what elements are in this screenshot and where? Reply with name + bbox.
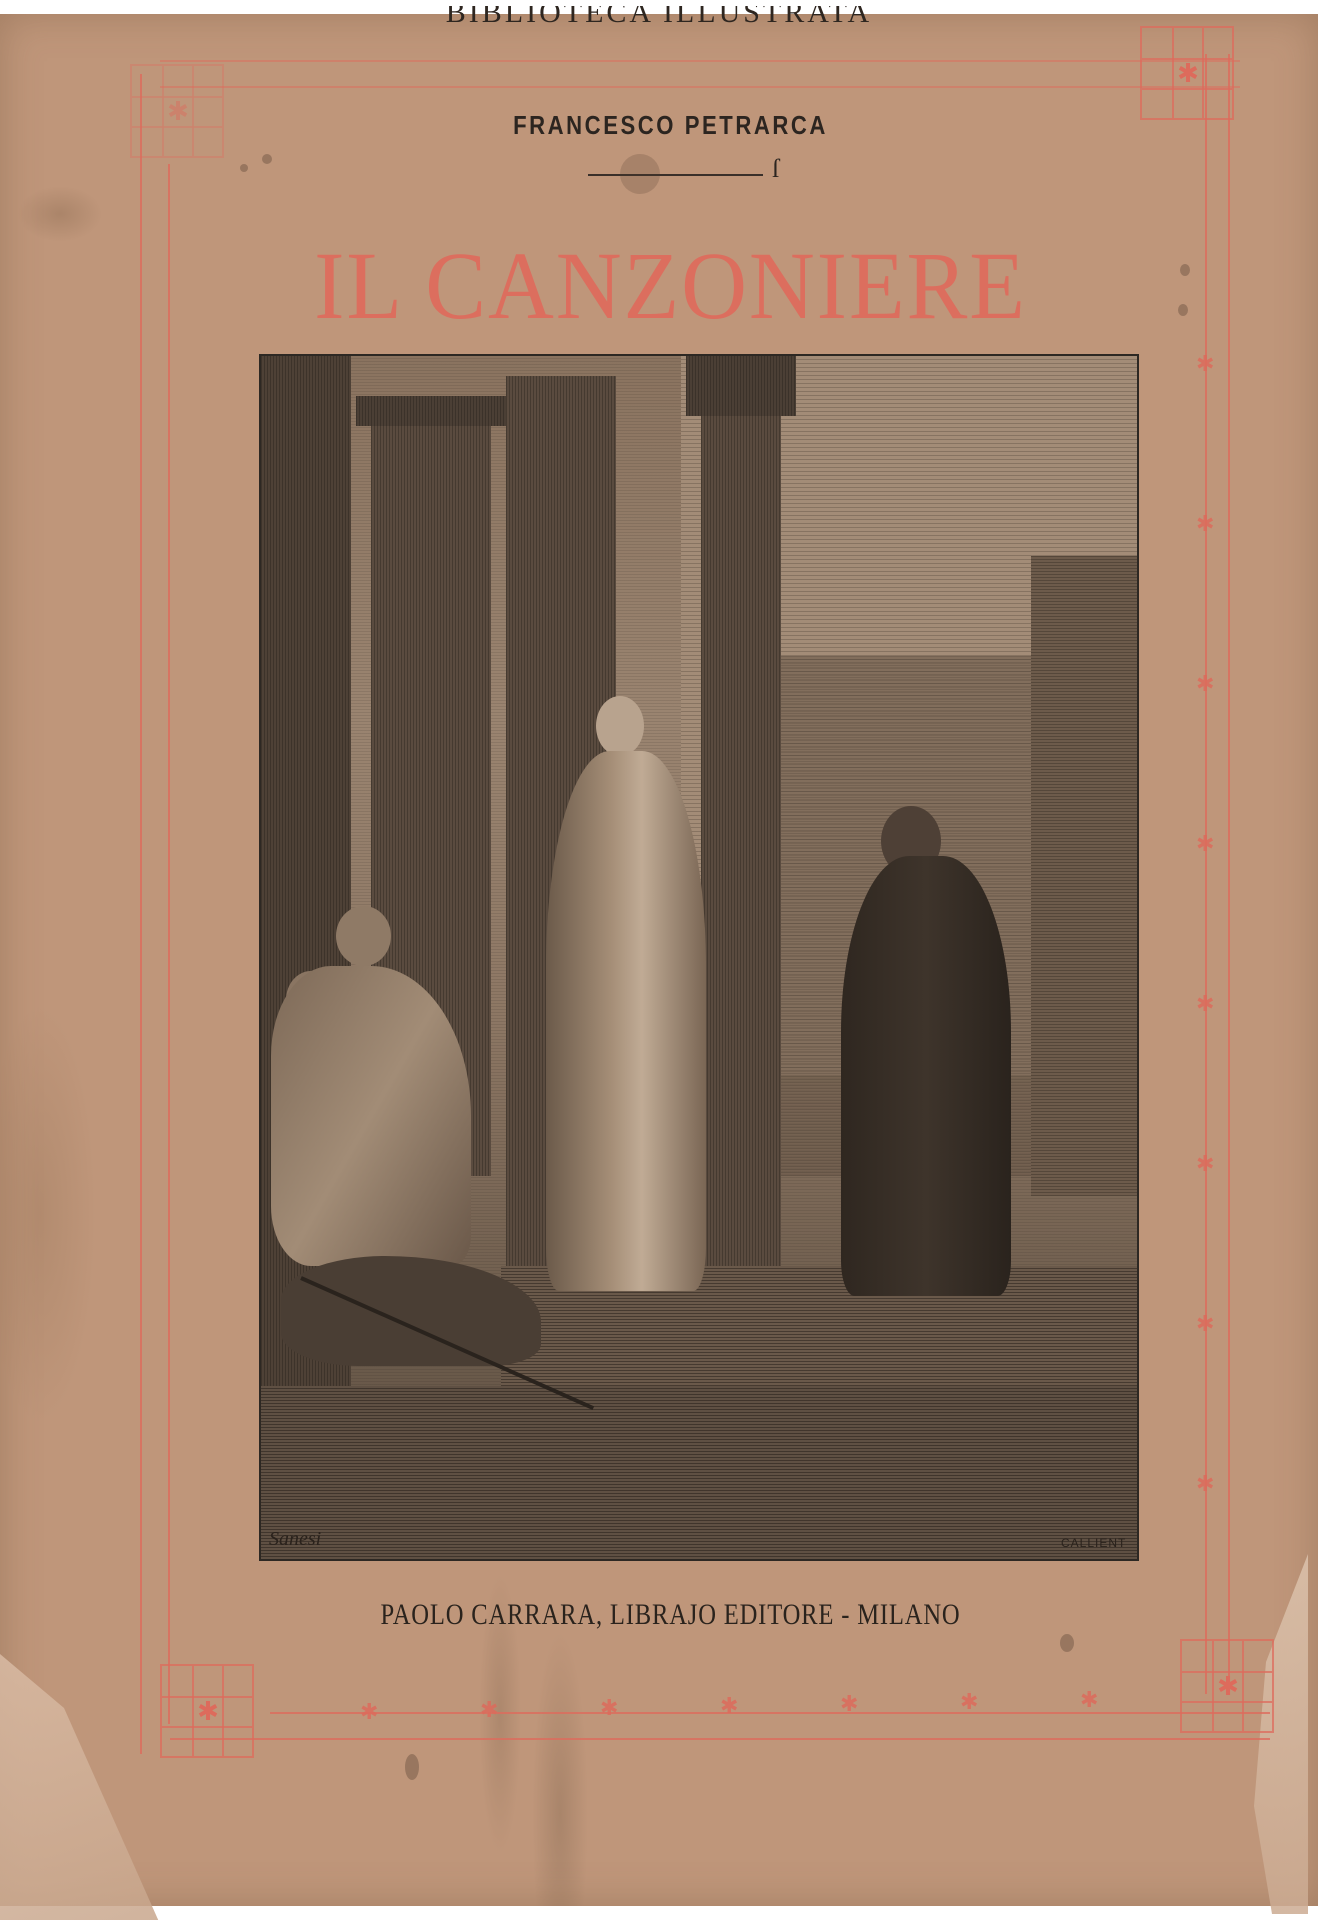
publisher-imprint: PAOLO CARRARA, LIBRAJO EDITORE - MILANO — [121, 1598, 1221, 1632]
border-star-icon: ✱ — [480, 1700, 498, 1722]
column-3-capital — [686, 356, 796, 416]
border-top-outer — [160, 60, 1240, 62]
engraving-illustration: Sanesi CALLIENT — [259, 354, 1139, 1561]
book-cover: BIBLIOTECA ILLUSTRATA ✱ ✱ ✱ ✱ ✱ ✱ ✱ ✱ ✱ … — [0, 14, 1318, 1906]
author-name: FRANCESCO PETRARCA — [101, 110, 1241, 141]
foxing-stain — [1060, 1634, 1074, 1652]
border-star-icon: ✱ — [1196, 674, 1214, 696]
cloaked-figure — [841, 856, 1011, 1296]
border-star-icon: ✱ — [1196, 1154, 1214, 1176]
border-star-icon: ✱ — [360, 1702, 378, 1724]
foxing-stain — [1178, 304, 1188, 316]
border-star-icon: ✱ — [1080, 1690, 1098, 1712]
border-top-inner — [160, 86, 1240, 88]
border-left-inner — [168, 164, 170, 1724]
lady-head — [596, 696, 644, 756]
corner-ornament-bottom-right: ✱ — [1180, 1639, 1274, 1733]
rule-mark: ſ — [772, 154, 779, 184]
border-star-icon: ✱ — [600, 1698, 618, 1720]
engraver-signature: CALLIENT — [1061, 1536, 1126, 1550]
foxing-stain — [405, 1754, 419, 1780]
border-star-icon: ✱ — [1196, 1314, 1214, 1336]
left-arch-column — [261, 356, 351, 1561]
water-stain — [620, 154, 660, 194]
book-title: IL CANZONIERE — [34, 236, 1308, 336]
border-star-icon: ✱ — [1196, 354, 1214, 376]
foxing-stain — [1180, 264, 1190, 276]
artist-signature: Sanesi — [269, 1528, 321, 1551]
torn-edge-bottom-right — [1248, 1554, 1308, 1914]
author-rule-divider — [588, 174, 763, 176]
border-star-icon: ✱ — [840, 1694, 858, 1716]
column-3 — [701, 366, 781, 1326]
border-bottom-inner — [270, 1712, 1270, 1714]
lady-in-gown — [546, 751, 706, 1291]
corner-ornament-bottom-left: ✱ — [160, 1664, 254, 1758]
border-star-icon: ✱ — [1196, 514, 1214, 536]
column-1-capital — [356, 396, 506, 426]
kneeling-beggars — [271, 966, 471, 1266]
border-bottom-outer — [170, 1738, 1270, 1740]
series-title: BIBLIOTECA ILLUSTRATA — [0, 6, 1318, 28]
border-star-icon: ✱ — [1196, 994, 1214, 1016]
border-star-icon: ✱ — [1196, 834, 1214, 856]
lower-steps — [261, 1386, 1139, 1561]
foxing-stain — [262, 154, 272, 164]
corner-ornament-top-right: ✱ — [1140, 26, 1234, 120]
medieval-tower — [1031, 556, 1139, 1196]
beggar-woman-head — [336, 906, 391, 966]
torn-corner-bottom-left — [0, 1654, 160, 1920]
border-star-icon: ✱ — [1196, 1474, 1214, 1496]
border-star-icon: ✱ — [720, 1696, 738, 1718]
foxing-stain — [240, 164, 248, 172]
border-star-icon: ✱ — [960, 1692, 978, 1714]
